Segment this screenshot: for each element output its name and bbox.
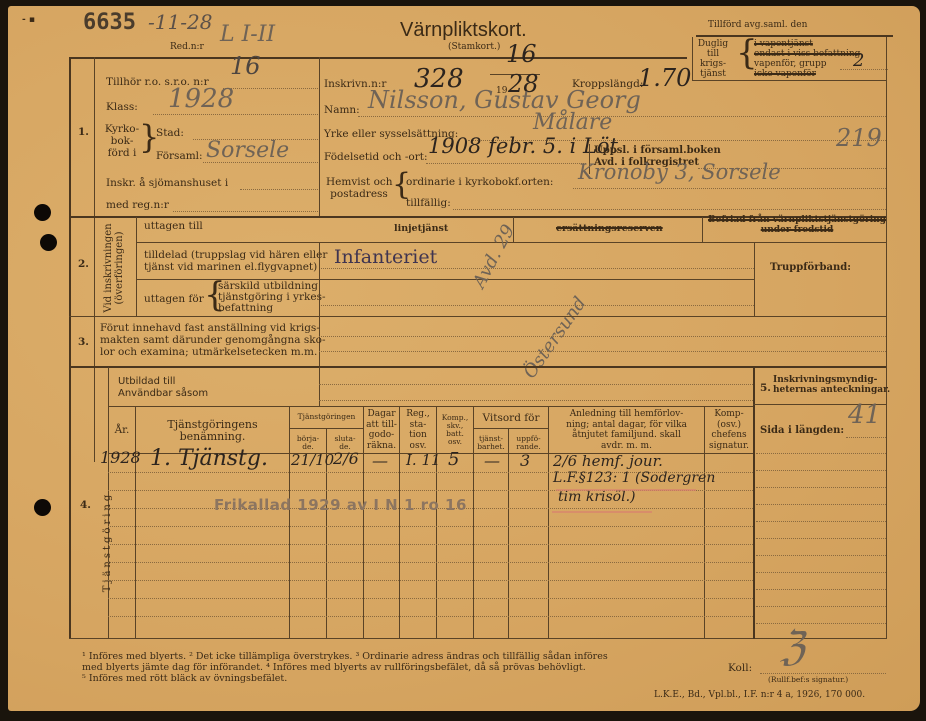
col-borjade-header: börja-de. [290,435,326,451]
stad-label: Stad: [156,127,184,139]
col-kompchef-header: Komp-(osv.)chefenssignatur. [705,409,753,451]
duglig-option-4: icke vapenför [754,69,816,79]
row-anledning-2: L.F.§123: 1 (Sodergren [553,470,715,486]
grupp-value: 2 [853,50,864,71]
klass-value: 1928 [168,84,234,114]
inskrivn-fraction-top: 16 [506,40,537,68]
tillhor-value: 16 [230,52,261,80]
befriad-label: Befriad från värnpliktstjänstgöringunder… [708,215,886,235]
footnotes: ¹ Införes med blyerts. ² Det icke tilläm… [82,651,608,684]
tillfallig-label: tillfällig: [406,197,451,209]
row-reg: I. 11 [406,451,441,469]
red-nr-label: Red.n:r [170,42,204,52]
hemvist-label: Hemvist ochpostadress [326,176,392,200]
section5-title: Inskrivningsmyndig-heternas anteckningar… [773,375,890,395]
tilldelad-label: tilldelad (truppslag vid hären ellertjän… [144,249,316,273]
row-komp: 5 [448,449,459,470]
kyrkobok-label: Kyrko-bok-förd i [104,123,140,159]
row-borjade: 21/10 [291,451,334,469]
sida-label: Sida i längden: [760,425,844,437]
section1-number: 1. [78,126,89,138]
row-anledning-1: 2/6 hemf. jour. [553,452,663,470]
uppsl-label: Uppsl. i församl.boken [594,145,721,157]
stamp-number: 6635 [83,10,136,36]
namn-label: Namn: [324,104,360,116]
conscription-card: - ▪ 6635 -11-28 Värnpliktskort. (Stamkor… [8,6,920,711]
row-anledning-3: tim krisöl.) [558,489,636,505]
col-uppforande-header: uppfö-rande. [509,435,548,451]
page-title: Värnpliktskort. [400,18,527,42]
duglig-label: Dugligtillkrigs-tjänst [690,39,736,79]
tillford-label: Tillförd avg.saml. den [708,20,807,30]
ordinarie-label: ordinarie i kyrkobokf.orten: [406,176,553,188]
punch-hole [34,499,51,516]
koll-label: Koll: [728,662,752,674]
col-anledning-header: Anledning till hemförlov-ning; antal dag… [549,409,704,451]
red-nr-value: L I-II [220,22,275,47]
row-tjanstbarhet: — [484,451,500,470]
koll-sublabel: (Rullf.bef:s signatur.) [768,676,848,684]
col-tjanstgoringen-header: Tjänstgöringen [290,413,363,421]
row-uppforande: 3 [520,451,530,470]
section2-vertical-label: Vid inskrivningen(överföringen) [103,218,127,318]
frikallad-stamp: Frikallad 1929 av I N 1 ro 16 [214,496,467,514]
koll-signature: ℨ [780,624,805,670]
page-subtitle: (Stamkort.) [448,42,500,52]
section3-label: Förut innehavd fast anställning vid krig… [100,322,316,358]
col-ar-header: År. [109,424,135,436]
row-dagar: — [372,451,388,470]
col-tjanstbarhet-header: tjänst-barhet. [474,435,508,451]
section4-vertical-label: Tjänstgöring [102,482,114,602]
col-reg-header: Reg.,sta-tionosv. [400,409,436,451]
uttagen-for-options: särskild utbildningtjänstgöring i yrkes-… [218,281,326,314]
tilldelad-value: Infanteriet [334,246,437,268]
col-komp-header: Komp.,skv.,batt.osv. [437,414,473,446]
ordinarie-value: Kronoby 3, Sorsele [578,160,781,184]
yrke-value: Målare [533,110,612,135]
row-slutade: 2/6 [333,449,359,468]
kroppslangd-value: 1.70 [638,64,691,92]
corner-mark: - ▪ [22,14,35,26]
punch-hole [34,204,51,221]
klass-label: Klass: [106,101,138,113]
col-dagar-header: Dagaratt till-godo-räkna. [364,409,399,451]
linjetjanst-label: linjetjänst [394,223,448,235]
section3-number: 3. [78,336,89,348]
col-vitsord-header: Vitsord för [474,412,548,424]
duglig-option-2: endast i viss befattning [754,49,860,59]
section4-number: 4. [80,499,91,511]
punch-hole [40,234,57,251]
med-reg-label: med reg.n:r [106,199,169,211]
stamp-number-handwritten: -11-28 [148,10,212,34]
utbildad-label: Utbildad till [118,376,175,388]
fodelsetid-label: Födelsetid och -ort: [324,151,428,163]
ersattningsreserven-label: ersättningsreserven [556,223,663,235]
duglig-option-3: vapenför, grupp [754,59,827,69]
uttagen-for-label: uttagen för [144,293,204,305]
sida-value: 41 [848,400,881,430]
pencil-note-2: Östersund [519,293,590,382]
anvandbar-label: Användbar såsom [118,388,208,400]
uttagen-till-label: uttagen till [144,220,203,232]
col-benamning-header: Tjänstgöringensbenämning. [136,419,289,443]
section2-number: 2. [78,258,89,270]
red-underline [552,511,652,513]
inskr-sjomans-label: Inskr. å sjömanshuset i [106,177,228,189]
imprint: L.K.E., Bd., Vpl.bl., I.F. n:r 4 a, 1926… [654,690,865,700]
row-ar: 1928 [100,448,141,467]
forsaml-label: Församl: [156,150,203,162]
red-underline [556,489,696,491]
row-benamning: 1. Tjänstg. [150,446,268,471]
uppsl-value: 219 [836,124,882,152]
duglig-option-1: i vapentjänst [754,39,813,49]
truppforband-label: Truppförband: [770,262,851,274]
pencil-note-1: Avd. 29 [469,221,520,291]
section5-number: 5. [760,382,771,394]
forsaml-value: Sorsele [206,138,289,163]
